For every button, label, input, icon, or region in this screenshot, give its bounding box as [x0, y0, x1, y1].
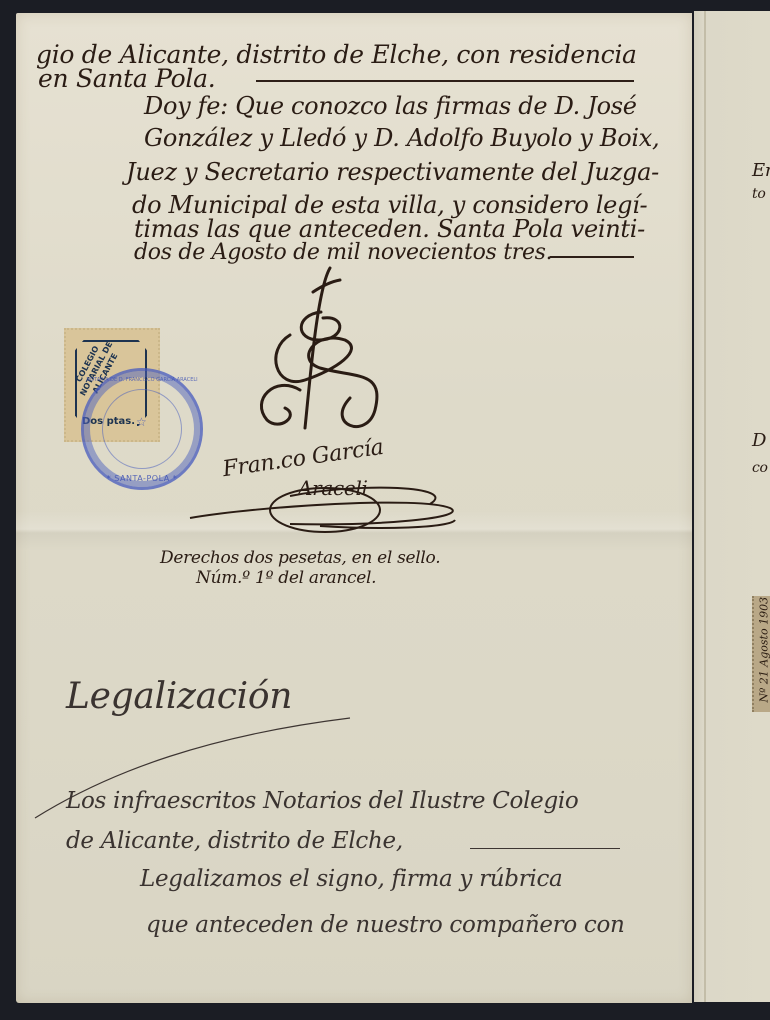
right-fragment-1: En: [752, 160, 770, 181]
legalization-line-3: Legalizamos el signo, firma y rúbrica: [140, 866, 562, 892]
right-fragment-3: D: [752, 430, 766, 451]
text-line-3: Doy fe: Que conozco las firmas de D. Jos…: [144, 92, 637, 120]
text-line-5: Juez y Secretario respectivamente del Ju…: [126, 158, 659, 186]
text-line-4: González y Lledó y D. Adolfo Buyolo y Bo…: [144, 124, 659, 152]
star-icon: ☆: [136, 415, 147, 429]
date-stamp-text: Nº 21 Agosto 1903: [758, 603, 770, 703]
right-fragment-2: to: [752, 186, 765, 202]
legalization-line-1: Los infraescritos Notarios del Ilustre C…: [66, 788, 578, 814]
text-line-7: timas las que anteceden. Santa Pola vein…: [134, 215, 645, 243]
seal-top-text: NOTARÍA DE D. FRANCISCO GARCÍA ARACELI: [84, 377, 200, 383]
line-filler-rule: [470, 848, 620, 849]
fees-note-line-2: Núm.º 1º del arancel.: [196, 568, 376, 588]
right-fragment-4: co: [752, 460, 768, 476]
notary-seal: NOTARÍA DE D. FRANCISCO GARCÍA ARACELI ☆…: [81, 368, 203, 490]
signature-flourish-icon: [180, 476, 500, 546]
page-fold: [704, 11, 706, 1002]
notarial-monogram-icon: [255, 260, 395, 430]
line-filler-rule: [550, 256, 634, 258]
seal-inner-ring: [102, 389, 182, 469]
date-stamp-fragment: Nº 21 Agosto 1903: [752, 596, 770, 712]
legalization-line-4: que anteceden de nuestro compañero con: [146, 912, 625, 938]
line-filler-rule: [256, 80, 634, 82]
legalization-line-2: de Alicante, distrito de Elche,: [66, 828, 403, 854]
fees-note-line-1: Derechos dos pesetas, en el sello.: [160, 548, 440, 568]
text-line-2: en Santa Pola.: [38, 64, 215, 93]
